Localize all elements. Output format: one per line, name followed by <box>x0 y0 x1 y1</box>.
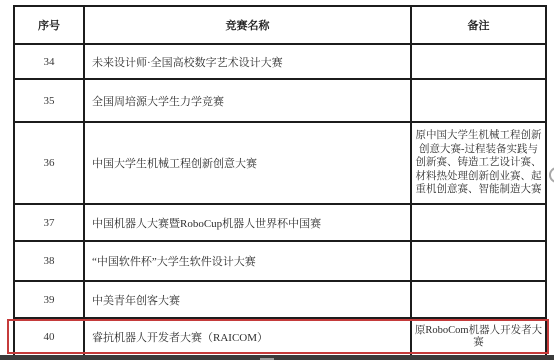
header-remark: 备注 <box>411 6 546 44</box>
competition-table: 序号 竞赛名称 备注 34 未来设计师·全国高校数字艺术设计大赛 35 全国周培… <box>13 5 547 357</box>
header-name: 竞赛名称 <box>84 6 411 44</box>
cell-name: 全国周培源大学生力学竞赛 <box>84 79 411 122</box>
cell-remark: 原RoboCom机器人开发者大赛 <box>411 318 546 356</box>
table-header-row: 序号 竞赛名称 备注 <box>14 6 546 44</box>
cell-name: 睿抗机器人开发者大赛（RAICOM） <box>84 318 411 356</box>
cell-name: 中国大学生机械工程创新创意大赛 <box>84 122 411 204</box>
cell-name: 中国机器人大赛暨RoboCup机器人世界杯中国赛 <box>84 204 411 241</box>
cell-no: 36 <box>14 122 84 204</box>
cell-no: 35 <box>14 79 84 122</box>
annotation-circle-icon <box>549 167 554 183</box>
cell-name: 未来设计师·全国高校数字艺术设计大赛 <box>84 44 411 79</box>
cell-no: 39 <box>14 281 84 318</box>
cell-no: 38 <box>14 241 84 281</box>
cell-remark <box>411 241 546 281</box>
cell-remark <box>411 44 546 79</box>
cell-remark <box>411 281 546 318</box>
cell-no: 40 <box>14 318 84 356</box>
cell-no: 34 <box>14 44 84 79</box>
table-row: 34 未来设计师·全国高校数字艺术设计大赛 <box>14 44 546 79</box>
document-page: 序号 竞赛名称 备注 34 未来设计师·全国高校数字艺术设计大赛 35 全国周培… <box>0 0 554 362</box>
cell-remark <box>411 79 546 122</box>
table-row: 36 中国大学生机械工程创新创意大赛 原中国大学生机械工程创新创意大赛-过程装备… <box>14 122 546 204</box>
header-no: 序号 <box>14 6 84 44</box>
page-gap-handle <box>260 358 274 360</box>
cell-no: 37 <box>14 204 84 241</box>
table-row: 38 “中国软件杯”大学生软件设计大赛 <box>14 241 546 281</box>
cell-name: 中美青年创客大赛 <box>84 281 411 318</box>
page-gap-divider <box>0 355 554 360</box>
table-row-highlighted: 40 睿抗机器人开发者大赛（RAICOM） 原RoboCom机器人开发者大赛 <box>14 318 546 356</box>
table-row: 37 中国机器人大赛暨RoboCup机器人世界杯中国赛 <box>14 204 546 241</box>
table-row: 39 中美青年创客大赛 <box>14 281 546 318</box>
table-row: 35 全国周培源大学生力学竞赛 <box>14 79 546 122</box>
cell-name: “中国软件杯”大学生软件设计大赛 <box>84 241 411 281</box>
cell-remark <box>411 204 546 241</box>
cell-remark: 原中国大学生机械工程创新创意大赛-过程装备实践与创新赛、铸造工艺设计赛、材料热处… <box>411 122 546 204</box>
